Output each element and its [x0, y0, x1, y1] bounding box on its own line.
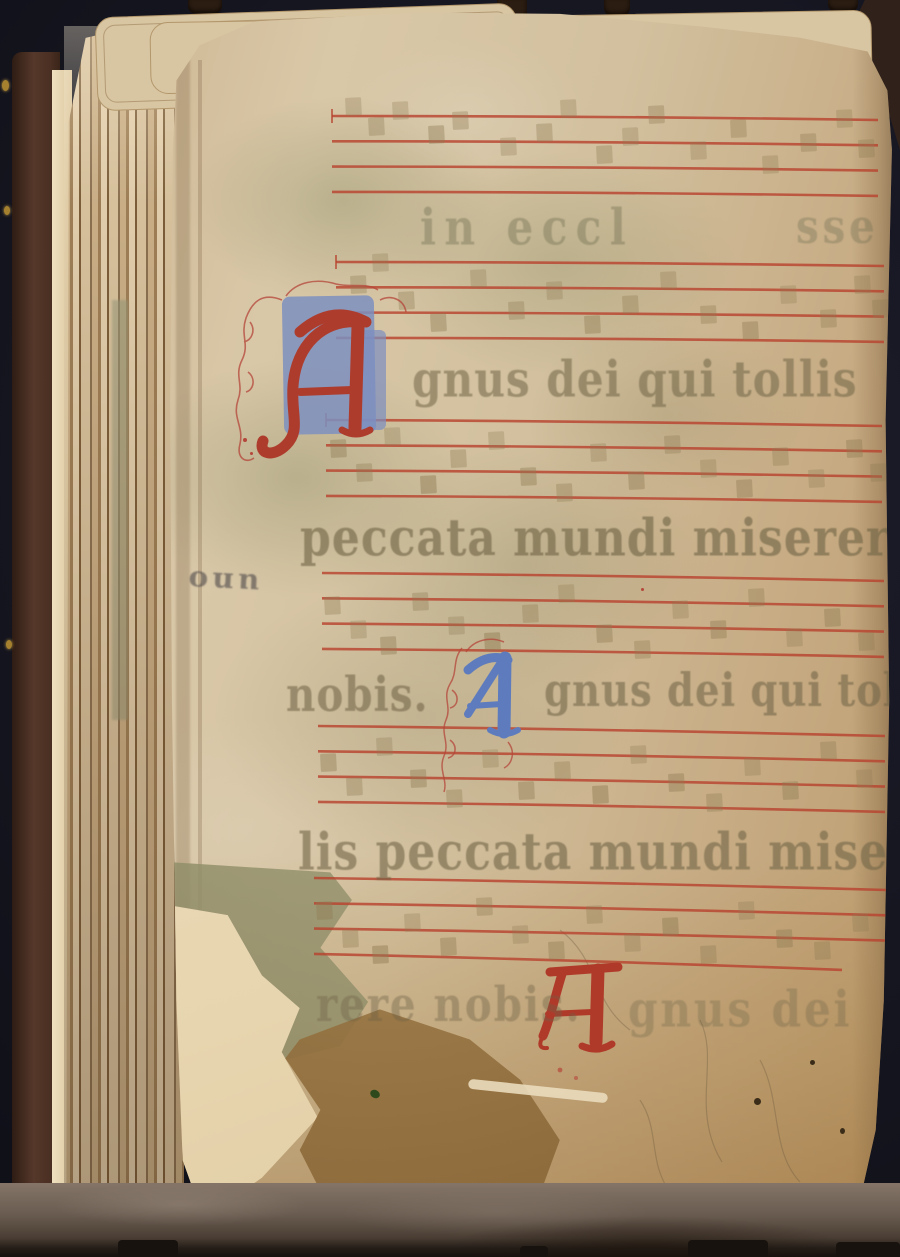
staff-3 [326, 413, 887, 502]
gilt-clasp-glint-icon [6, 640, 12, 649]
stand-foot [836, 1242, 900, 1257]
chant-line-1: in eccl [420, 198, 634, 256]
stand-foot [118, 1240, 178, 1257]
stand-foot [520, 1246, 548, 1257]
chant-line-1b: sse [796, 200, 878, 255]
show-through-text: uno [183, 564, 260, 601]
gilt-clasp-glint-icon [2, 80, 9, 91]
manuscript-photo: in eccl sse gnus dei qui tollis peccata … [0, 0, 900, 1257]
staff-1 [332, 97, 878, 196]
chant-line-4a: nobis. [286, 668, 429, 723]
staff-4 [322, 573, 884, 659]
chant-line-6a: rere nobis. [316, 978, 581, 1033]
chant-line-2: gnus dei qui tollis [412, 350, 857, 408]
stand-foot [688, 1240, 768, 1257]
chant-line-6b: gnus dei [628, 980, 852, 1038]
chant-line-5: lis peccata mundi mise [298, 822, 888, 882]
chant-line-4b: gnus dei qui tol [544, 664, 898, 717]
staff-5 [318, 726, 885, 812]
binding-peg-icon [188, 0, 222, 14]
page-edge-shading [64, 26, 184, 1218]
staff-2 [336, 253, 889, 342]
staff-6 [314, 878, 886, 970]
illuminated-initial-A-red-on-blue [236, 281, 406, 460]
illuminated-initial-A-blue [442, 639, 518, 792]
gilt-clasp-glint-icon [4, 206, 10, 215]
chant-line-3: peccata mundi miserere [300, 508, 900, 568]
